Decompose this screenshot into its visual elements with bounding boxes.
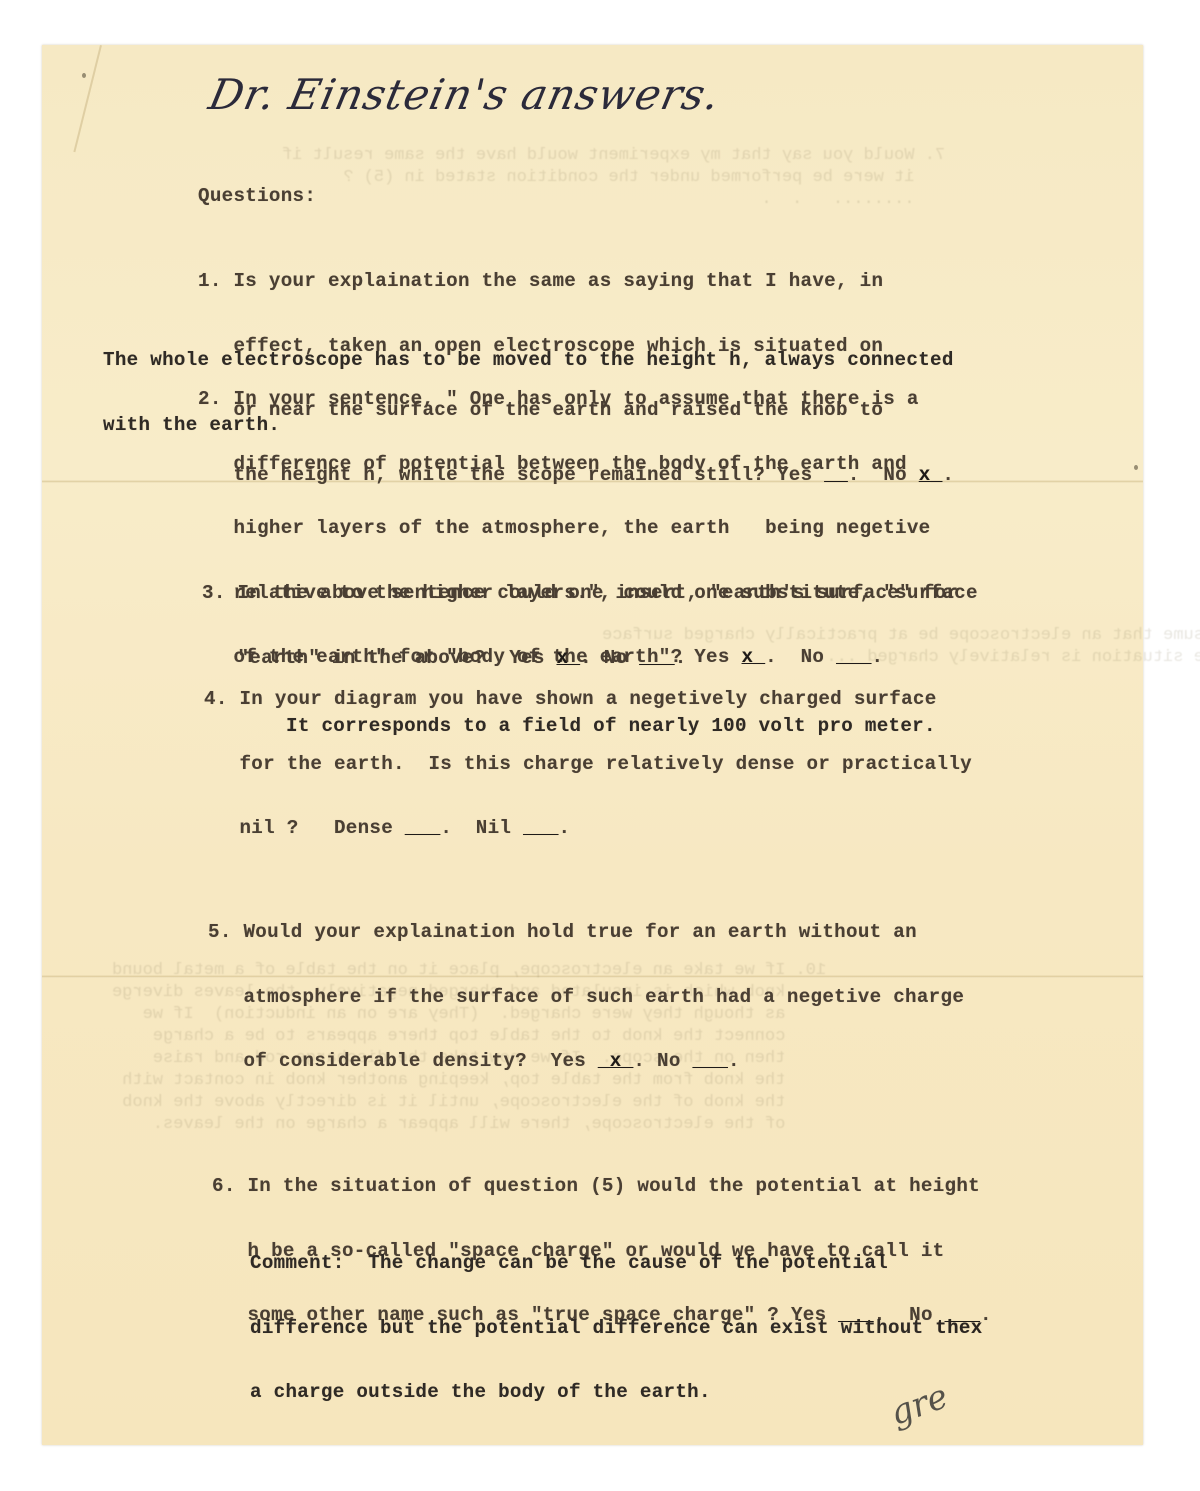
question-number: 1.	[198, 270, 222, 292]
questions-heading: Questions:	[198, 186, 316, 208]
question-number: 6.	[212, 1175, 236, 1197]
yes-answer-mark: _x_	[598, 1050, 633, 1072]
dense-label: Dense	[334, 817, 393, 839]
paper-speck	[1134, 465, 1138, 470]
question-number: 2.	[198, 388, 222, 410]
answer-6: Comment: The change can be the cause of …	[250, 1210, 983, 1425]
yes-label: Yes	[551, 1050, 586, 1072]
comment-label: Comment:	[250, 1252, 345, 1274]
question-number: 3.	[202, 582, 226, 604]
question-4: 4. In your diagram you have shown a nege…	[204, 646, 972, 861]
dense-answer-blank: ___	[405, 817, 440, 839]
question-5: 5. Would your explaination hold true for…	[208, 879, 964, 1094]
paper-crease	[73, 45, 102, 152]
nil-answer-blank: ___	[523, 817, 558, 839]
bleed-through-text: 7. Would you say that my experiment woul…	[282, 145, 945, 211]
question-number: 5.	[208, 921, 232, 943]
struck-out-word: thex	[935, 1317, 982, 1339]
paper-speck	[82, 73, 86, 78]
no-answer-blank: ___	[692, 1050, 727, 1072]
nil-label: Nil	[476, 817, 511, 839]
no-label: No	[657, 1050, 681, 1072]
question-number: 4.	[204, 688, 228, 710]
handwritten-title: Dr. Einstein's answers.	[205, 70, 725, 119]
answer-4: It corresponds to a field of nearly 100 …	[286, 716, 936, 738]
